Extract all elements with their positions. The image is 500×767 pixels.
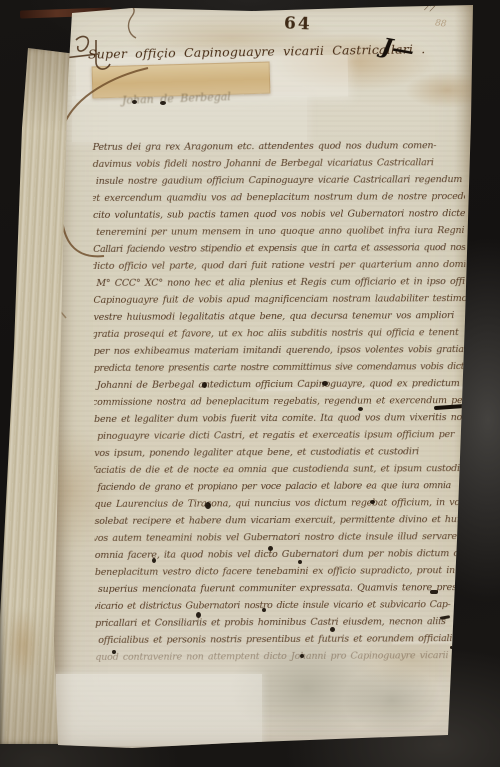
ink-blot	[358, 407, 363, 411]
top-flourish	[122, 6, 136, 38]
manuscript-line: vestre huiusmodi legalitatis atque bene,…	[94, 307, 466, 326]
manuscript-line: Callari faciendo vestro stipendio et exp…	[93, 239, 465, 258]
manuscript-line: gratia prosequi et favore, ut ex hoc ali…	[93, 324, 466, 343]
manuscript-line: vos autem teneamini nobis vel Gubernator…	[93, 528, 467, 547]
ink-blot	[268, 546, 273, 551]
manuscript-line: faciatis de die et de nocte ea omnia que…	[93, 460, 467, 479]
manuscript-line: davimus vobis fideli nostro Johanni de B…	[93, 154, 465, 173]
ink-blot	[330, 627, 335, 632]
edge-stain	[6, 608, 40, 682]
manuscript-text: Petrus dei gra rex Aragonum etc. attende…	[93, 137, 468, 667]
folio-number: 64	[284, 14, 312, 35]
manuscript-line: cito voluntatis, sub pactis tamen quod v…	[93, 205, 465, 224]
manuscript-line: superius mencionata fuerunt communiter e…	[98, 579, 467, 598]
ink-blot	[322, 381, 328, 386]
manuscript-line: faciendo de grano et propiano per voce p…	[97, 477, 466, 496]
ink-blot	[262, 608, 266, 612]
manuscript-line: solebat recipere et habere dum vicariam …	[95, 511, 467, 530]
manuscript-line: dicto officio vel parte, quod dari fuit …	[93, 256, 466, 275]
corner-mark-secondary: 88	[435, 18, 447, 29]
ink-blot	[298, 560, 302, 564]
ink-blot	[132, 100, 137, 104]
manuscript-line: que Laurencius de Tirasona, qui nuncius …	[94, 494, 466, 513]
manuscript-line: vicario et districtus Gubernatori nostro…	[93, 596, 467, 615]
manuscript-line: commissione nostra ad beneplacitum regeb…	[93, 392, 466, 411]
manuscript-line: omnia facere, ita quod nobis vel dicto G…	[95, 545, 467, 564]
paraph-mark: J—	[377, 34, 419, 64]
manuscript-line: pricallari et Consiliariis et probis hom…	[95, 613, 467, 632]
manuscript-line: teneremini per unum mensem in uno quoque…	[96, 222, 465, 241]
manuscript-line: predicta tenore presentis carte nostre c…	[94, 358, 466, 377]
manuscript-line: beneplacitum vestro dicto facere tenebam…	[95, 562, 467, 581]
corner-mark-primary: 77	[422, 3, 435, 15]
ink-blot	[152, 558, 156, 563]
ink-blot	[205, 502, 211, 509]
manuscript-line: Petrus dei gra rex Aragonum etc. attende…	[93, 137, 465, 156]
manuscript-line: M° CCC° XC° nono hec et alia plenius et …	[96, 273, 465, 292]
manuscript-page: 64 77 88 Super offiçio Capinoguayre vica…	[52, 0, 476, 752]
ink-blot	[112, 650, 116, 654]
ink-blot	[202, 382, 207, 388]
ink-blot	[160, 101, 166, 105]
manuscript-photograph: 64 77 88 Super offiçio Capinoguayre vica…	[0, 0, 500, 767]
ink-blot	[196, 612, 201, 618]
ink-blot	[300, 654, 304, 658]
ink-blot	[370, 500, 375, 504]
manuscript-line: Johanni de Berbegal antedictum officium …	[97, 375, 466, 394]
manuscript-line: Capinoguayre fuit de vobis apud magnific…	[93, 290, 465, 309]
manuscript-line: pinoguayre vicarie dicti Castri, et rega…	[97, 426, 466, 445]
ink-blot	[430, 590, 438, 594]
manuscript-line: per nos exhibeamus materiam imitandi que…	[94, 341, 466, 360]
rubric-header: Super offiçio Capinoguayre vicarii Castr…	[88, 41, 418, 61]
manuscript-line: insule nostre gaudium officium Capinogua…	[96, 171, 465, 190]
repair-tissue-patch	[56, 674, 262, 746]
ink-blot	[450, 646, 459, 649]
manuscript-line: vos ipsum, ponendo legaliter atque bene,…	[94, 443, 466, 462]
manuscript-line: officialibus et personis nostris present…	[98, 630, 467, 649]
manuscript-line: et exercendum quamdiu vos ad beneplacitu…	[93, 188, 465, 207]
manuscript-line: quod contravenire non attemptent dicto J…	[95, 647, 467, 666]
manuscript-line: bene et legaliter dum vobis fuerit vita …	[94, 409, 466, 428]
